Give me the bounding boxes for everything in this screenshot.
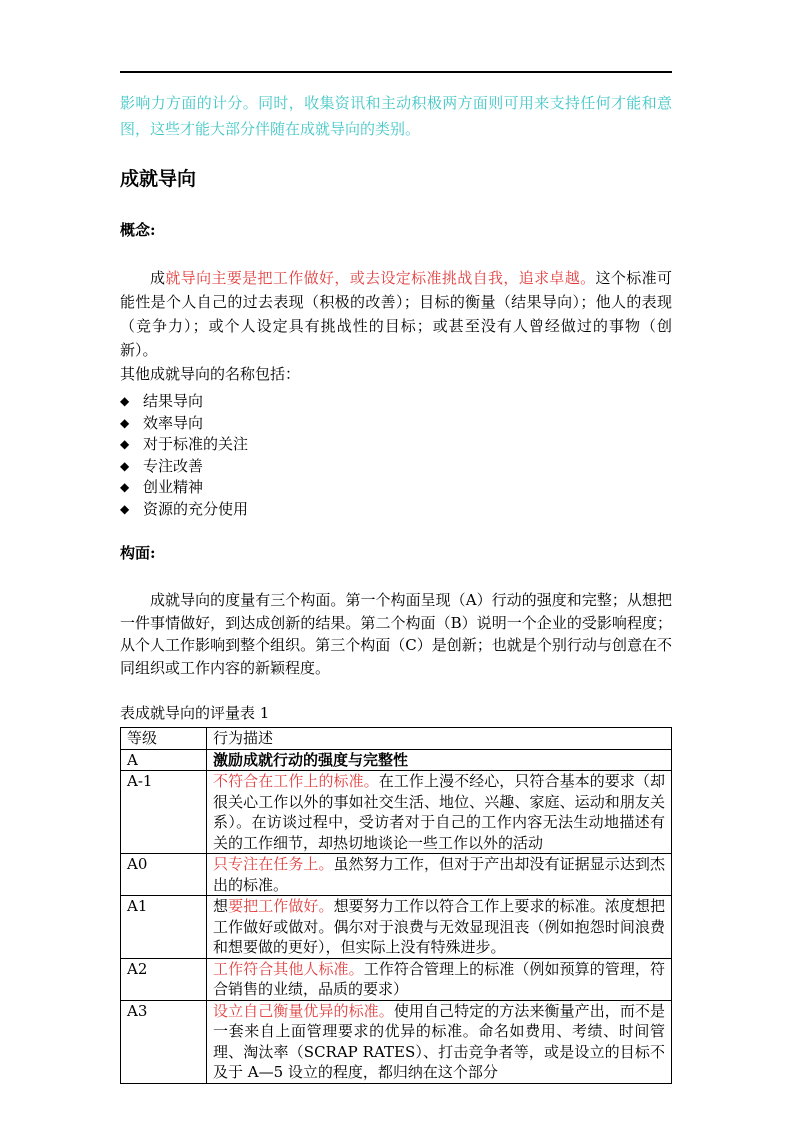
concept-text-prefix: 成 <box>150 269 165 287</box>
alias-label: 专注改善 <box>143 456 203 478</box>
diamond-bullet-icon: ◆ <box>120 391 143 413</box>
diamond-bullet-icon: ◆ <box>120 434 143 456</box>
alias-label: 对于标准的关注 <box>143 434 248 456</box>
alias-label: 资源的充分使用 <box>143 499 248 521</box>
list-item: ◆创业精神 <box>120 477 672 499</box>
table-row: A0 只专注在任务上。虽然努力工作，但对于产出却没有证据显示达到杰出的标准。 <box>121 854 672 896</box>
alias-list: ◆结果导向 ◆效率导向 ◆对于标准的关注 ◆专注改善 ◆创业精神 ◆资源的充分使… <box>120 391 672 520</box>
page-title: 成就导向 <box>120 168 672 191</box>
description-cell: 设立自己衡量优异的标准。使用自己特定的方法来衡量产出，而不是一套来自上面管理要求… <box>207 1000 672 1083</box>
concept-heading: 概念: <box>120 221 672 240</box>
list-item: ◆效率导向 <box>120 413 672 435</box>
concept-text-highlight: 就导向主要是把工作做好，或去设定标准挑战自我，追求卓越。 <box>165 269 595 287</box>
facets-paragraph: 成就导向的度量有三个构面。第一个构面呈现（A）行动的强度和完整；从想把一件事情做… <box>120 589 672 679</box>
rating-table: 等级 行为描述 A 激励成就行动的强度与完整性 A-1 不符合在工作上的标准。在… <box>120 727 672 1084</box>
concept-paragraph: 成就导向主要是把工作做好，或去设定标准挑战自我，追求卓越。这个标准可能性是个人自… <box>120 266 672 362</box>
aliases-intro: 其他成就导向的名称包括： <box>120 362 672 386</box>
table-row: A1 想要把工作做好。想要努力工作以符合工作上要求的标准。浓度想把工作做好或做对… <box>121 896 672 959</box>
table-row: A 激励成就行动的强度与完整性 <box>121 749 672 771</box>
document-page: 影响力方面的计分。同时，收集资讯和主动积极两方面则可用来支持任何才能和意图，这些… <box>0 0 793 1122</box>
rating-table-body: A 激励成就行动的强度与完整性 A-1 不符合在工作上的标准。在工作上漫不经心，… <box>121 749 672 1083</box>
level-cell: A2 <box>121 958 207 1000</box>
list-item: ◆对于标准的关注 <box>120 434 672 456</box>
alias-label: 结果导向 <box>143 391 203 413</box>
header-description: 行为描述 <box>207 728 672 750</box>
table-row: A3 设立自己衡量优异的标准。使用自己特定的方法来衡量产出，而不是一套来自上面管… <box>121 1000 672 1083</box>
diamond-bullet-icon: ◆ <box>120 456 143 478</box>
header-level: 等级 <box>121 728 207 750</box>
list-item: ◆资源的充分使用 <box>120 499 672 521</box>
header-rule <box>120 71 672 73</box>
table-row: A2 工作符合其他人标准。工作符合管理上的标准（例如预算的管理，符合销售的业绩，… <box>121 958 672 1000</box>
description-cell: 想要把工作做好。想要努力工作以符合工作上要求的标准。浓度想把工作做好或做对。偶尔… <box>207 896 672 959</box>
diamond-bullet-icon: ◆ <box>120 477 143 499</box>
list-item: ◆结果导向 <box>120 391 672 413</box>
description-cell: 不符合在工作上的标准。在工作上漫不经心，只符合基本的要求（却很关心工作以外的事如… <box>207 771 672 854</box>
list-item: ◆专注改善 <box>120 456 672 478</box>
facets-heading: 构面: <box>120 544 672 563</box>
diamond-bullet-icon: ◆ <box>120 413 143 435</box>
level-cell: A <box>121 749 207 771</box>
description-cell: 激励成就行动的强度与完整性 <box>207 749 672 771</box>
level-cell: A3 <box>121 1000 207 1083</box>
description-cell: 工作符合其他人标准。工作符合管理上的标准（例如预算的管理，符合销售的业绩，品质的… <box>207 958 672 1000</box>
level-cell: A1 <box>121 896 207 959</box>
table-row: A-1 不符合在工作上的标准。在工作上漫不经心，只符合基本的要求（却很关心工作以… <box>121 771 672 854</box>
table-caption: 表成就导向的评量表 1 <box>120 703 672 723</box>
level-cell: A-1 <box>121 771 207 854</box>
description-cell: 只专注在任务上。虽然努力工作，但对于产出却没有证据显示达到杰出的标准。 <box>207 854 672 896</box>
level-cell: A0 <box>121 854 207 896</box>
alias-label: 创业精神 <box>143 477 203 499</box>
alias-label: 效率导向 <box>143 413 203 435</box>
table-header-row: 等级 行为描述 <box>121 728 672 750</box>
diamond-bullet-icon: ◆ <box>120 499 143 521</box>
intro-paragraph: 影响力方面的计分。同时，收集资讯和主动积极两方面则可用来支持任何才能和意图，这些… <box>120 90 672 142</box>
